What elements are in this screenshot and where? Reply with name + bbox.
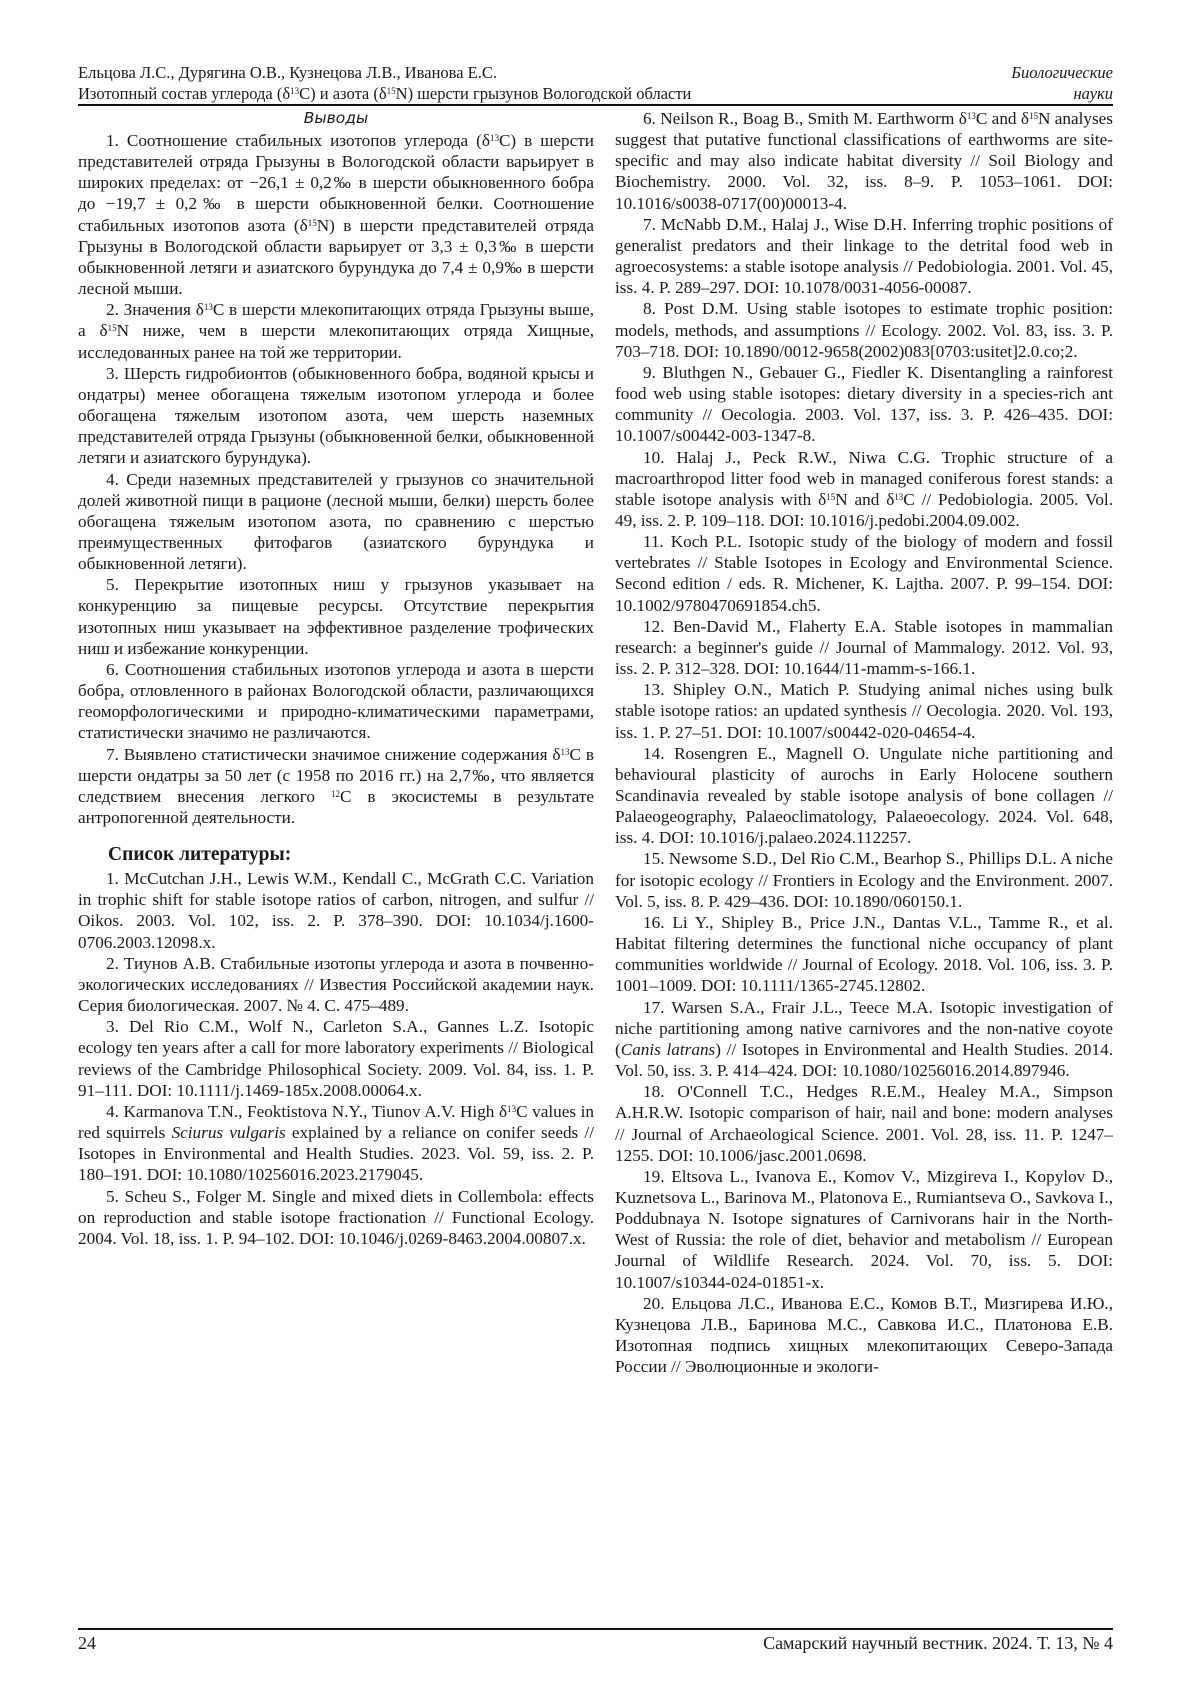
header-rule — [78, 104, 1113, 106]
reference-item: 13. Shipley O.N., Matich P. Studying ani… — [615, 679, 1113, 742]
header-article-title: Изотопный состав углерода (δ13C) и азота… — [78, 83, 691, 104]
reference-item: 17. Warsen S.A., Frair J.L., Teece M.A. … — [615, 997, 1113, 1082]
left-column: Выводы 1. Соотношение стабильных изотопо… — [78, 108, 594, 1249]
reference-item: 20. Ельцова Л.С., Иванова Е.С., Комов В.… — [615, 1293, 1113, 1378]
conclusion-item: 7. Выявлено статистически значимое сниже… — [78, 744, 594, 829]
reference-item: 15. Newsome S.D., Del Rio C.M., Bearhop … — [615, 848, 1113, 911]
reference-item: 14. Rosengren E., Magnell O. Ungulate ni… — [615, 743, 1113, 849]
conclusion-item: 1. Соотношение стабильных изотопов углер… — [78, 130, 594, 299]
reference-item: 8. Post D.M. Using stable isotopes to es… — [615, 298, 1113, 361]
header-section: Биологические науки — [1011, 62, 1113, 104]
reference-item: 3. Del Rio C.M., Wolf N., Carleton S.A.,… — [78, 1016, 594, 1101]
reference-item: 18. O'Connell T.C., Hedges R.E.M., Heale… — [615, 1081, 1113, 1166]
header-left: Ельцова Л.С., Дурягина О.В., Кузнецова Л… — [78, 62, 691, 104]
right-column: 6. Neilson R., Boag B., Smith M. Earthwo… — [615, 108, 1113, 1377]
conclusion-item: 4. Среди наземных представителей у грызу… — [78, 469, 594, 575]
page-number: 24 — [78, 1632, 96, 1654]
reference-item: 4. Karmanova T.N., Feoktistova N.Y., Tiu… — [78, 1101, 594, 1186]
reference-item: 10. Halaj J., Peck R.W., Niwa C.G. Troph… — [615, 447, 1113, 532]
running-header: Ельцова Л.С., Дурягина О.В., Кузнецова Л… — [78, 62, 1113, 104]
reference-item: 6. Neilson R., Boag B., Smith M. Earthwo… — [615, 108, 1113, 214]
reference-item: 7. McNabb D.M., Halaj J., Wise D.H. Infe… — [615, 214, 1113, 299]
header-authors: Ельцова Л.С., Дурягина О.В., Кузнецова Л… — [78, 62, 691, 83]
reference-item: 1. McCutchan J.H., Lewis W.M., Kendall C… — [78, 868, 594, 953]
reference-item: 16. Li Y., Shipley B., Price J.N., Danta… — [615, 912, 1113, 997]
reference-item: 5. Scheu S., Folger M. Single and mixed … — [78, 1186, 594, 1249]
conclusion-item: 3. Шерсть гидробионтов (обыкновенного бо… — [78, 363, 594, 469]
reference-item: 12. Ben-David M., Flaherty E.A. Stable i… — [615, 616, 1113, 679]
references-title: Список литературы: — [108, 844, 594, 866]
footer-rule — [78, 1628, 1113, 1630]
journal-citation: Самарский научный вестник. 2024. Т. 13, … — [763, 1632, 1113, 1654]
conclusion-item: 2. Значения δ13C в шерсти млекопитающих … — [78, 299, 594, 362]
conclusion-item: 6. Соотношения стабильных изотопов углер… — [78, 659, 594, 744]
reference-item: 19. Eltsova L., Ivanova E., Komov V., Mi… — [615, 1166, 1113, 1293]
reference-item: 2. Тиунов А.В. Стабильные изотопы углеро… — [78, 953, 594, 1016]
reference-item: 9. Bluthgen N., Gebauer G., Fiedler K. D… — [615, 362, 1113, 447]
conclusion-item: 5. Перекрытие изотопных ниш у грызунов у… — [78, 574, 594, 659]
conclusions-title: Выводы — [78, 108, 594, 128]
reference-item: 11. Koch P.L. Isotopic study of the biol… — [615, 531, 1113, 616]
